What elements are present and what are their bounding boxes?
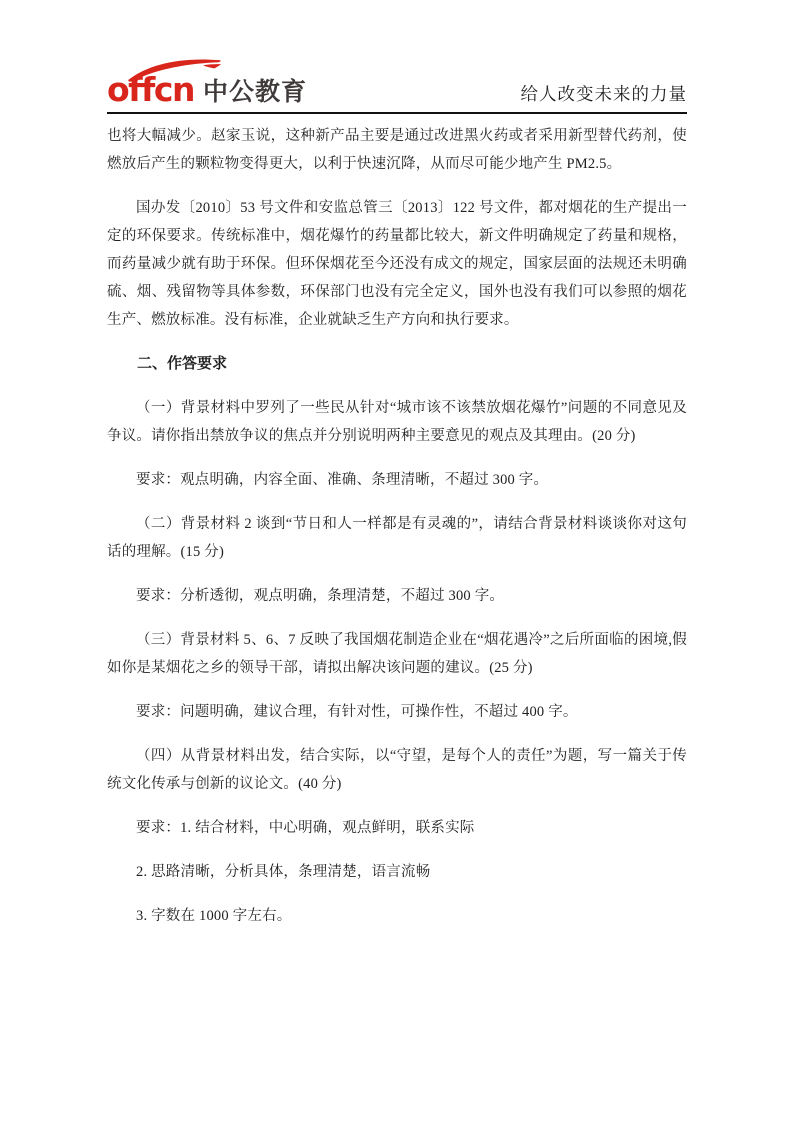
paragraph: 3. 字数在 1000 字左右。 [107, 902, 687, 930]
paragraph: 2. 思路清晰，分析具体，条理清楚，语言流畅 [107, 858, 687, 886]
paragraph: （四）从背景材料出发，结合实际，以“守望，是每个人的责任”为题，写一篇关于传统文… [107, 742, 687, 798]
paragraph: 国办发〔2010〕53 号文件和安监总管三〔2013〕122 号文件，都对烟花的… [107, 194, 687, 334]
logo-wordmark: offcn [107, 75, 194, 105]
paragraph: （一）背景材料中罗列了一些民从针对“城市该不该禁放烟花爆竹”问题的不同意见及争议… [107, 394, 687, 450]
paragraph: 要求：观点明确，内容全面、准确、条理清晰，不超过 300 字。 [107, 466, 687, 494]
paragraph: 要求：分析透彻，观点明确，条理清楚，不超过 300 字。 [107, 582, 687, 610]
page-content: offcn 中公教育 给人改变未来的力量 也将大幅减少。赵家玉说，这种新产品主要… [107, 0, 687, 930]
document-body: 也将大幅减少。赵家玉说，这种新产品主要是通过改进黑火药或者采用新型替代药剂，使燃… [107, 114, 687, 930]
logo-cn-text: 中公教育 [203, 80, 307, 105]
document-page: offcn 中公教育 给人改变未来的力量 也将大幅减少。赵家玉说，这种新产品主要… [0, 0, 793, 1122]
offcn-logo: offcn 中公教育 [107, 65, 307, 105]
section-heading: 二、作答要求 [107, 350, 687, 378]
paragraph: （二）背景材料 2 谈到“节日和人一样都是有灵魂的”，请结合背景材料谈谈你对这句… [107, 510, 687, 566]
paragraph: （三）背景材料 5、6、7 反映了我国烟花制造企业在“烟花遇冷”之后所面临的困境… [107, 626, 687, 682]
page-header: offcn 中公教育 给人改变未来的力量 [107, 56, 687, 114]
brand-slogan: 给人改变未来的力量 [521, 85, 688, 105]
paragraph: 要求：1. 结合材料，中心明确，观点鲜明，联系实际 [107, 814, 687, 842]
paragraph: 也将大幅减少。赵家玉说，这种新产品主要是通过改进黑火药或者采用新型替代药剂，使燃… [107, 122, 687, 178]
paragraph: 要求：问题明确，建议合理，有针对性，可操作性，不超过 400 字。 [107, 698, 687, 726]
